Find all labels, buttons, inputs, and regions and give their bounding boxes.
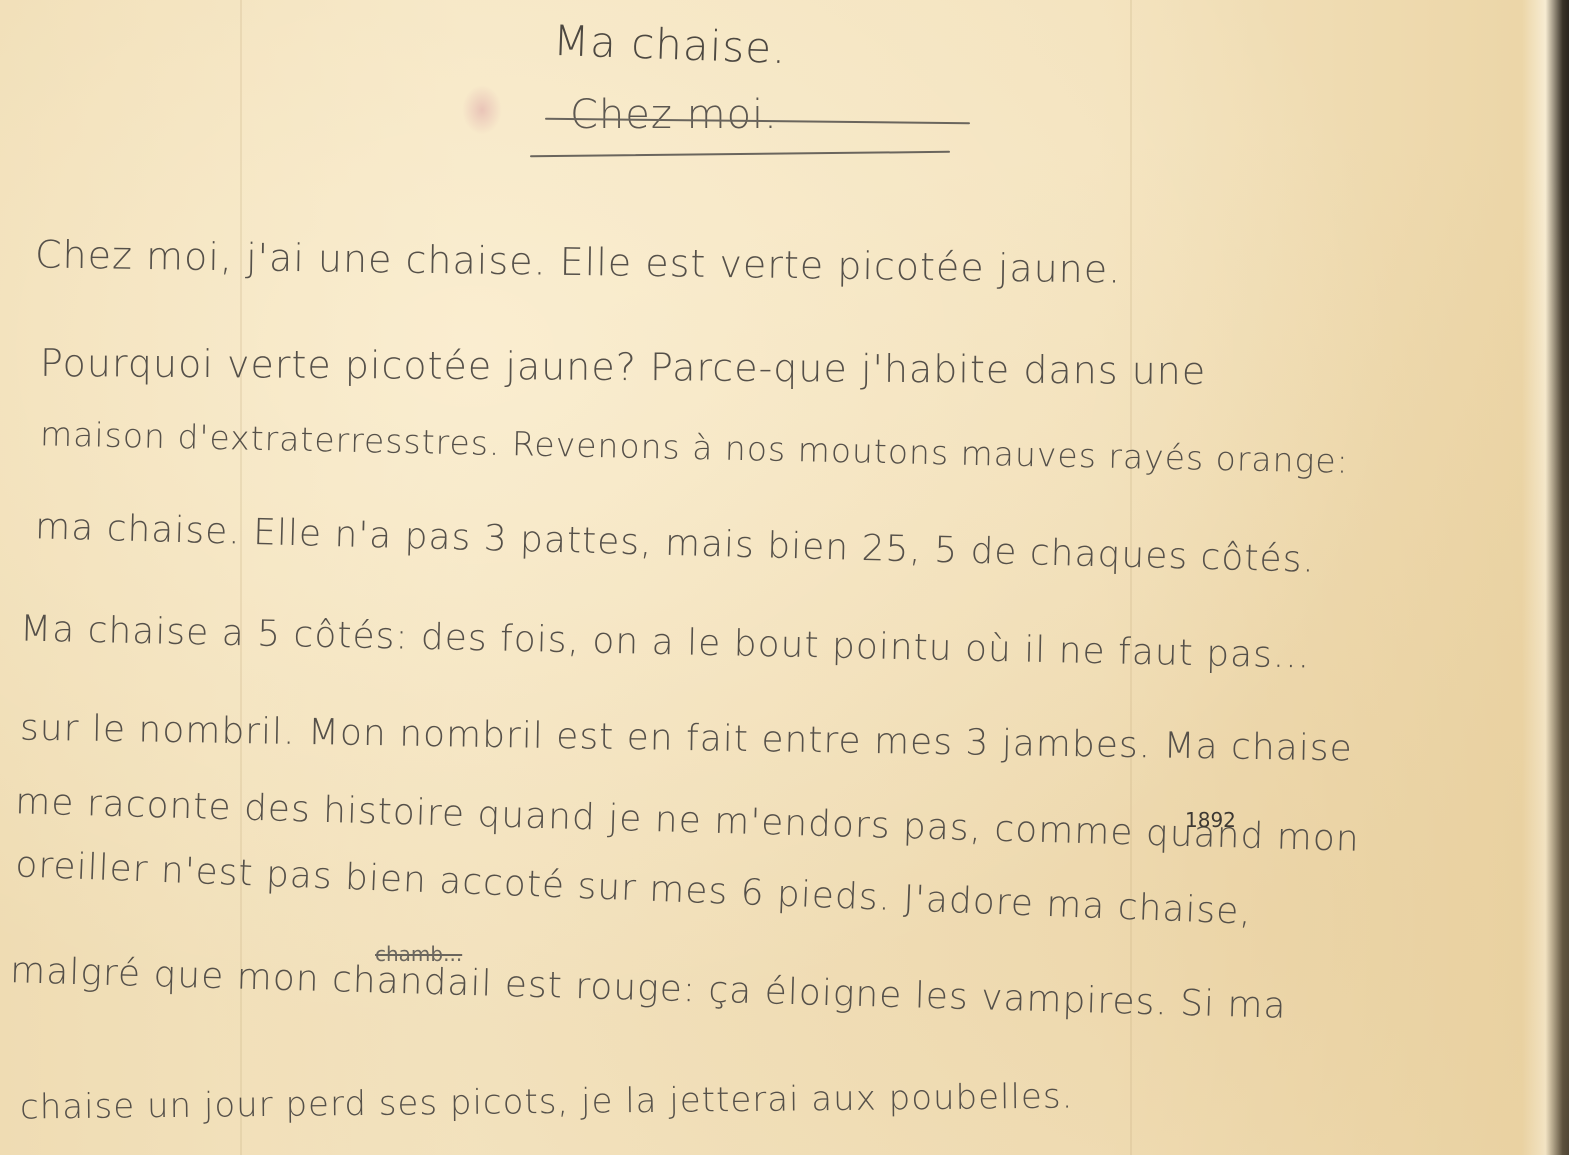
text-line-1: Chez moi, j'ai une chaise. Elle est vert… [35,232,1122,291]
text-line-7: me raconte des histoire quand je ne m'en… [15,781,1361,860]
page-title: Ma chaise. [552,16,787,73]
text-line-10: chaise un jour perd ses picots, je la je… [20,1076,1074,1127]
underline [530,151,950,157]
text-line-2: Pourquoi verte picotée jaune? Parce-que … [40,341,1207,393]
text-line-8: oreiller n'est pas bien accoté sur mes 6… [15,844,1253,932]
struck-word: chamb... [375,942,462,966]
text-line-3: maison d'extraterresstres. Revenons à no… [40,414,1349,480]
text-line-4: ma chaise. Elle n'a pas 3 pattes, mais b… [35,506,1316,580]
annotation-1892: 1892 [1185,808,1236,832]
pink-smudge [462,85,502,135]
text-line-9: malgré que mon chandail est rouge: ça él… [10,950,1287,1027]
struck-title: Chez moi. [570,92,778,138]
handwritten-page: Ma chaise. Chez moi. Chez moi, j'ai une … [0,0,1569,1155]
text-line-5: Ma chaise a 5 côtés: des fois, on a le b… [20,608,1311,676]
text-line-6: sur le nombril. Mon nombril est en fait … [20,708,1353,770]
